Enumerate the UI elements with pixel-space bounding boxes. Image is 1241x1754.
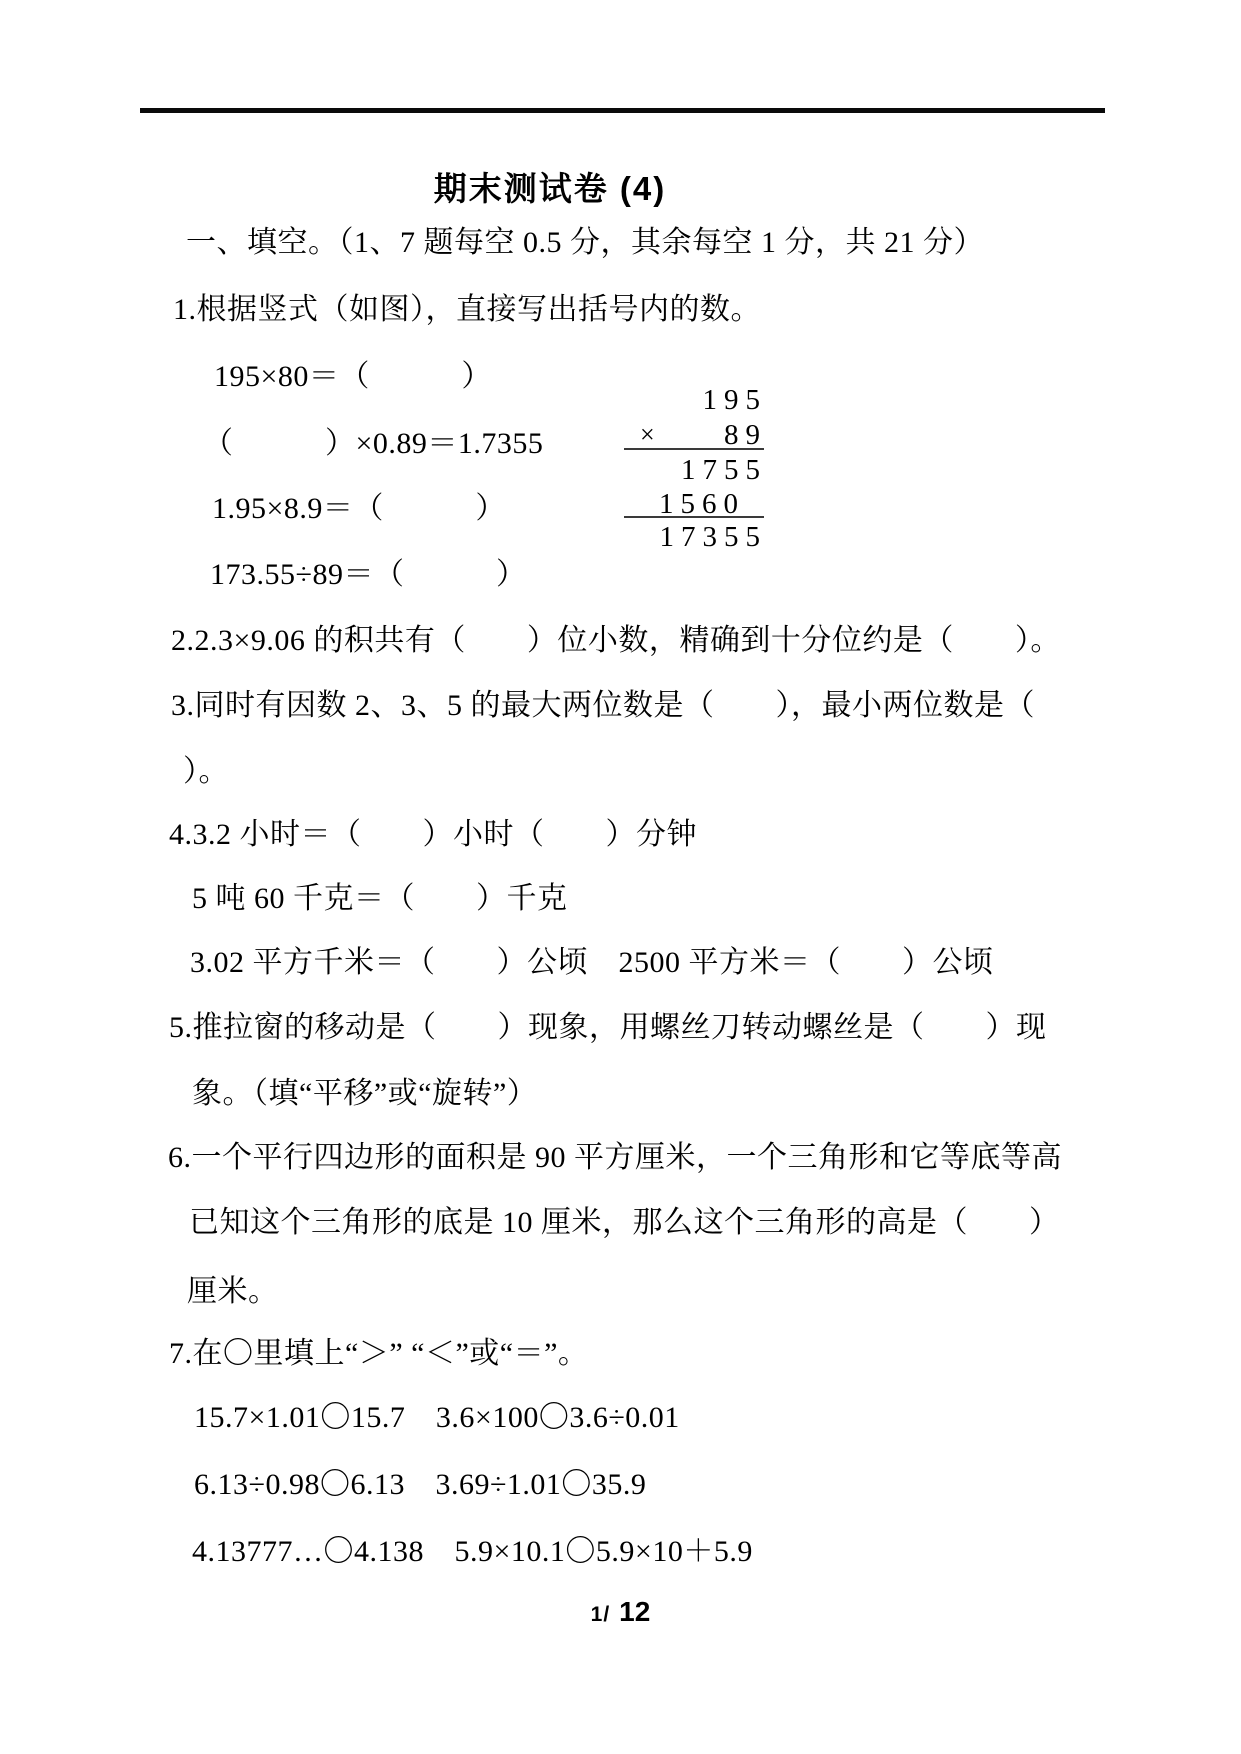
- q7-line-3: 6.13÷0.98〇6.13 3.69÷1.01〇35.9: [194, 1468, 646, 1502]
- header-rule: [140, 108, 1105, 113]
- q5-line-2: 象。（填“平移”或“旋转”）: [192, 1077, 537, 1111]
- q2-line: 2.2.3×9.06 的积共有（ ）位小数，精确到十分位约是（ ）。: [171, 624, 1061, 658]
- q1-eq-4: 173.55÷89＝（ ）: [210, 558, 526, 592]
- footer-total-pages: 12: [619, 1596, 650, 1627]
- q6-line-3: 厘米。: [187, 1275, 279, 1309]
- q6-line-1: 6.一个平行四边形的面积是 90 平方厘米，一个三角形和它等底等高: [168, 1141, 1062, 1175]
- q7-line-4: 4.13777…〇4.138 5.9×10.1〇5.9×10＋5.9: [192, 1535, 753, 1569]
- q3-line-2: ）。: [183, 755, 229, 789]
- q4-line-3: 3.02 平方千米＝（ ）公顷 2500 平方米＝（ ）公顷: [190, 946, 994, 980]
- q4-line-2: 5 吨 60 千克＝（ ）千克: [192, 882, 568, 916]
- vertical-multiplication: 195 × 89 1755 1560 17355: [628, 385, 760, 557]
- q7-line-2: 15.7×1.01〇15.7 3.6×100〇3.6÷0.01: [194, 1401, 680, 1435]
- vm-product: 17355: [660, 522, 768, 552]
- vm-rule-2: [624, 516, 764, 518]
- vm-multiply-sign: ×: [640, 420, 655, 450]
- q6-line-2: 已知这个三角形的底是 10 厘米，那么这个三角形的高是（ ）: [189, 1206, 1060, 1240]
- section-header: 一、填空。（1、7 题每空 0.5 分，其余每空 1 分，共 21 分）: [186, 226, 984, 260]
- q3-line-1: 3.同时有因数 2、3、5 的最大两位数是（ ），最小两位数是（: [171, 689, 1035, 723]
- q4-line-1: 4.3.2 小时＝（ ）小时（ ）分钟: [169, 818, 697, 852]
- q1-eq-3: 1.95×8.9＝（ ）: [212, 492, 506, 526]
- vm-rule-1: [624, 448, 764, 450]
- q1-eq-1: 195×80＝（ ）: [214, 360, 492, 394]
- q7-stem: 7.在〇里填上“＞” “＜”或“＝”。: [169, 1337, 588, 1371]
- footer-current-page: 1/: [591, 1603, 611, 1626]
- q1-stem: 1.根据竖式（如图），直接写出括号内的数。: [173, 293, 761, 327]
- page-footer: 1/12: [0, 1596, 1241, 1628]
- vm-partial-2: 1560: [659, 489, 745, 519]
- vm-multiplier: 89: [724, 420, 767, 450]
- vm-partial-1: 1755: [681, 455, 767, 485]
- q1-eq-2: （ ）×0.89＝1.7355: [203, 427, 543, 461]
- q5-line-1: 5.推拉窗的移动是（ ）现象，用螺丝刀转动螺丝是（ ）现: [169, 1011, 1047, 1045]
- page-title: 期末测试卷 (4): [0, 163, 1100, 210]
- document-page: 期末测试卷 (4) 一、填空。（1、7 题每空 0.5 分，其余每空 1 分，共…: [0, 0, 1241, 1754]
- vm-multiplicand: 195: [703, 385, 768, 415]
